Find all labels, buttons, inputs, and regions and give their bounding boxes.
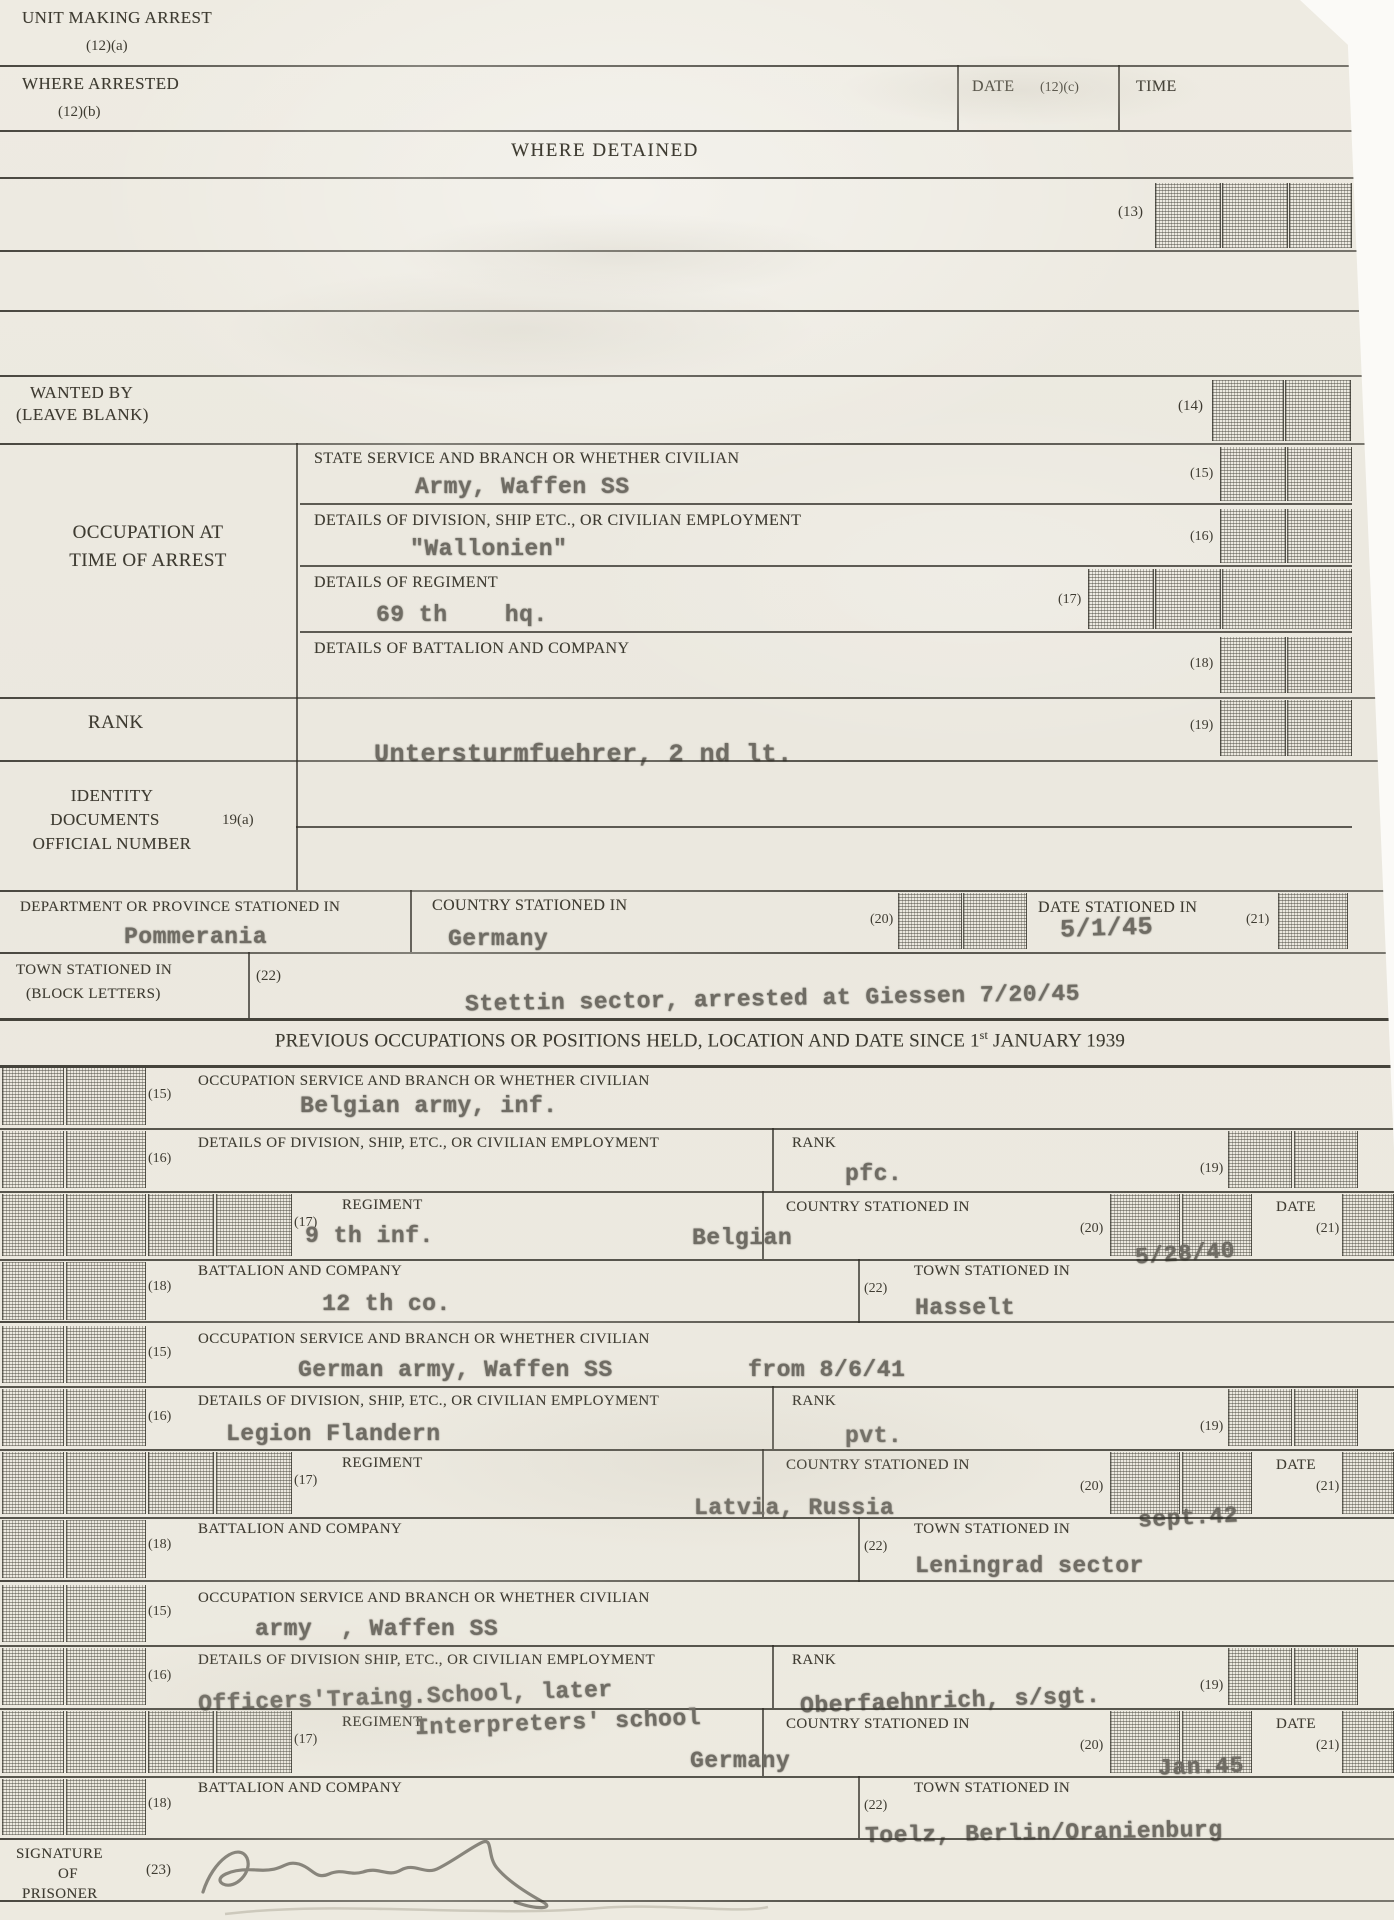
country-stationed-value: Belgian <box>692 1225 792 1251</box>
rank-value: Untersturmfuehrer, 2 nd lt. <box>374 740 793 769</box>
code-box <box>2 1389 64 1446</box>
rule <box>0 65 1394 67</box>
ref-15: (15) <box>148 1604 171 1620</box>
rule <box>0 697 1394 699</box>
code-box <box>2 1520 64 1578</box>
divider <box>772 1645 774 1708</box>
date-label: DATE <box>972 78 1014 96</box>
paper-edge-gap <box>1346 0 1394 1150</box>
signature-label: SIGNATURE <box>16 1846 103 1863</box>
previous-occupation-entry-3: (15) OCCUPATION SERVICE AND BRANCH OR WH… <box>0 1582 1394 1838</box>
code-box <box>2 1452 64 1514</box>
code-box <box>1287 509 1352 563</box>
rank-label: RANK <box>792 1652 836 1669</box>
scanned-arrest-form: UNIT MAKING ARREST (12)(a) WHERE ARRESTE… <box>0 0 1394 1920</box>
code-box <box>1220 509 1286 563</box>
code-box <box>1287 447 1352 501</box>
code-box <box>2 1585 64 1642</box>
date-label: DATE <box>1276 1716 1316 1733</box>
ref-16: (16) <box>148 1409 171 1425</box>
code-box <box>216 1452 292 1514</box>
ref-20: (20) <box>1080 1479 1103 1495</box>
department-value: Pommerania <box>124 924 267 950</box>
state-service-value: Army, Waffen SS <box>415 474 630 500</box>
division-label: DETAILS OF DIVISION, SHIP, ETC., OR CIVI… <box>198 1393 659 1410</box>
town-stationed-value: Stettin sector, arrested at Giessen 7/20… <box>465 981 1080 1018</box>
country-stationed-label: COUNTRY STATIONED IN <box>786 1199 970 1216</box>
divider <box>1118 65 1120 130</box>
code-box <box>2 1648 64 1705</box>
state-service-label: STATE SERVICE AND BRANCH OR WHETHER CIVI… <box>314 450 739 468</box>
code-box <box>1287 700 1352 756</box>
divider <box>858 1776 860 1838</box>
ref-19: (19) <box>1190 718 1213 734</box>
regiment-value: 69 th hq. <box>376 602 548 628</box>
ref-22: (22) <box>864 1281 887 1297</box>
ref-22: (22) <box>864 1798 887 1814</box>
occupation-service-value: army , Waffen SS <box>255 1616 498 1642</box>
regiment-label: REGIMENT <box>342 1714 423 1731</box>
ref-18: (18) <box>148 1279 171 1295</box>
rule <box>296 826 1352 828</box>
date-label: DATE <box>1276 1199 1316 1216</box>
division-value: "Wallonien" <box>410 536 567 562</box>
code-box <box>2 1326 64 1383</box>
ref-15: (15) <box>148 1087 171 1103</box>
rank-label: RANK <box>88 712 143 734</box>
ref-17: (17) <box>294 1473 317 1489</box>
ref-20: (20) <box>1080 1221 1103 1237</box>
previous-occupation-entry-2: (15) OCCUPATION SERVICE AND BRANCH OR WH… <box>0 1323 1394 1582</box>
divider <box>296 443 298 890</box>
ref-12a: (12)(a) <box>86 38 128 55</box>
rank-label: RANK <box>792 1135 836 1152</box>
ref-15: (15) <box>1190 466 1213 482</box>
code-box <box>1342 1194 1394 1256</box>
town-stationed-value: Leningrad sector <box>915 1553 1144 1579</box>
country-stationed-label: COUNTRY STATIONED IN <box>786 1716 970 1733</box>
ref-14: (14) <box>1178 398 1203 415</box>
ref-17: (17) <box>1058 592 1081 608</box>
country-stationed-value: Germany <box>690 1748 790 1774</box>
rank-value: pfc. <box>845 1161 902 1187</box>
date-label: DATE <box>1276 1457 1316 1474</box>
divider <box>410 890 412 952</box>
occupation-at-label: OCCUPATION AT <box>0 522 296 544</box>
rank-value: Oberfaehnrich, s/sgt. <box>800 1683 1101 1719</box>
rank-value: pvt. <box>845 1423 902 1449</box>
occupation-service-label: OCCUPATION SERVICE AND BRANCH OR WHETHER… <box>198 1331 650 1348</box>
code-box <box>2 1068 64 1125</box>
code-box <box>2 1779 64 1835</box>
code-box <box>66 1520 146 1578</box>
town-stationed-label: TOWN STATIONED IN <box>16 962 172 979</box>
code-box <box>2 1131 64 1188</box>
code-box <box>66 1648 146 1705</box>
ref-18: (18) <box>1190 656 1213 672</box>
code-box <box>1294 1389 1358 1446</box>
ref-21: (21) <box>1316 1221 1339 1237</box>
code-box <box>66 1131 146 1188</box>
rule <box>0 1449 1394 1451</box>
rank-label: RANK <box>792 1393 836 1410</box>
leave-blank-label: (LEAVE BLANK) <box>16 405 149 425</box>
code-box <box>2 1262 64 1320</box>
rule <box>0 1191 1394 1193</box>
ref-16: (16) <box>148 1668 171 1684</box>
town-stationed-value: Toelz, Berlin/Oranienburg <box>865 1817 1223 1849</box>
division-value: Legion Flandern <box>226 1421 441 1447</box>
pencil-marks <box>220 1898 780 1920</box>
code-box <box>66 1068 146 1125</box>
folded-corner <box>1300 0 1394 88</box>
code-box <box>216 1711 292 1773</box>
code-box <box>963 893 1027 949</box>
battalion-value: 12 th co. <box>322 1291 451 1317</box>
country-stationed-label: COUNTRY STATIONED IN <box>432 897 627 915</box>
code-box <box>1212 380 1284 441</box>
rule <box>0 177 1394 179</box>
battalion-label: BATTALION AND COMPANY <box>198 1263 402 1280</box>
ref-16: (16) <box>148 1151 171 1167</box>
ref-18: (18) <box>148 1537 171 1553</box>
code-box <box>1155 569 1221 629</box>
ref-22: (22) <box>864 1539 887 1555</box>
rule <box>0 952 1394 954</box>
battalion-label: DETAILS OF BATTALION AND COMPANY <box>314 640 629 658</box>
town-stationed-label: TOWN STATIONED IN <box>914 1780 1070 1797</box>
rule <box>0 130 1394 132</box>
previous-occupation-entry-1: (15) OCCUPATION SERVICE AND BRANCH OR WH… <box>0 1065 1394 1323</box>
rule <box>0 1386 1394 1388</box>
division-label: DETAILS OF DIVISION, SHIP ETC., OR CIVIL… <box>314 512 801 530</box>
code-box <box>1278 893 1348 949</box>
time-of-arrest-label: TIME OF ARREST <box>0 550 296 572</box>
heading-text: JANUARY 1939 <box>988 1030 1125 1051</box>
divider <box>858 1517 860 1582</box>
rule <box>300 503 1352 505</box>
code-box <box>148 1711 214 1773</box>
rule <box>300 631 1352 633</box>
occupation-service-label: OCCUPATION SERVICE AND BRANCH OR WHETHER… <box>198 1073 650 1090</box>
occupation-service-value: Belgian army, inf. <box>300 1093 557 1119</box>
divider <box>957 65 959 130</box>
code-box <box>1342 1711 1394 1773</box>
country-stationed-label: COUNTRY STATIONED IN <box>786 1457 970 1474</box>
battalion-label: BATTALION AND COMPANY <box>198 1521 402 1538</box>
regiment-value: 9 th inf. <box>305 1223 434 1249</box>
code-box <box>1285 380 1351 441</box>
code-box <box>1342 1452 1394 1514</box>
rule <box>0 443 1394 445</box>
rule <box>0 1128 1394 1130</box>
ref-21: (21) <box>1316 1479 1339 1495</box>
date-stationed-value: 5/1/45 <box>1060 912 1154 944</box>
identity-label: IDENTITY <box>0 786 224 806</box>
ref-21: (21) <box>1316 1738 1339 1754</box>
rule <box>0 1517 1394 1519</box>
rule <box>0 250 1394 252</box>
code-box <box>66 1452 146 1514</box>
wanted-by-label: WANTED BY <box>30 383 133 403</box>
code-box <box>1155 183 1221 248</box>
code-box <box>2 1711 64 1773</box>
code-box <box>66 1585 146 1642</box>
block-letters-label: (BLOCK LETTERS) <box>26 986 161 1003</box>
time-label: TIME <box>1136 78 1177 96</box>
rule <box>0 310 1394 312</box>
regiment-label: REGIMENT <box>342 1455 423 1472</box>
code-box <box>66 1711 146 1773</box>
code-box <box>1228 1648 1292 1705</box>
ref-20: (20) <box>1080 1738 1103 1754</box>
code-box <box>66 1326 146 1383</box>
rule <box>0 1259 1394 1261</box>
ref-17: (17) <box>294 1732 317 1748</box>
code-box <box>1222 569 1352 629</box>
regiment-label: DETAILS OF REGIMENT <box>314 574 498 592</box>
where-arrested-label: WHERE ARRESTED <box>22 74 179 94</box>
code-box <box>1287 637 1352 693</box>
unit-making-arrest-label: UNIT MAKING ARREST <box>22 8 212 28</box>
code-box <box>1088 569 1154 629</box>
code-box <box>1294 1131 1358 1188</box>
rule <box>300 565 1352 567</box>
ref-20: (20) <box>870 912 893 928</box>
code-box <box>148 1194 214 1256</box>
department-label: DEPARTMENT OR PROVINCE STATIONED IN <box>20 899 340 916</box>
code-box <box>148 1452 214 1514</box>
signature-label-of: OF <box>58 1866 78 1883</box>
code-box <box>1220 700 1286 756</box>
code-box <box>66 1779 146 1835</box>
rule <box>0 375 1394 377</box>
rule <box>0 890 1394 892</box>
division-label: DETAILS OF DIVISION, SHIP, ETC., OR CIVI… <box>198 1135 659 1152</box>
code-box <box>898 893 962 949</box>
divider <box>248 952 250 1018</box>
code-box <box>1220 447 1286 501</box>
code-box <box>66 1262 146 1320</box>
occupation-service-value-2: from 8/6/41 <box>748 1357 905 1383</box>
ref-19: (19) <box>1200 1419 1223 1435</box>
heading-text: PREVIOUS OCCUPATIONS OR POSITIONS HELD, … <box>275 1030 980 1051</box>
rule <box>0 1018 1394 1021</box>
ref-19: (19) <box>1200 1161 1223 1177</box>
official-number-label: OFFICIAL NUMBER <box>0 834 224 854</box>
code-box <box>1228 1389 1292 1446</box>
code-box <box>1110 1452 1180 1514</box>
divider <box>772 1386 774 1449</box>
ref-19: (19) <box>1200 1678 1223 1694</box>
where-detained-label: WHERE DETAINED <box>440 140 770 162</box>
division-label: DETAILS OF DIVISION SHIP, ETC., OR CIVIL… <box>198 1652 655 1669</box>
date-value: 5/28/40 <box>1134 1238 1236 1271</box>
ref-15: (15) <box>148 1345 171 1361</box>
code-box <box>216 1194 292 1256</box>
regiment-value: Interpreters' school <box>415 1705 702 1741</box>
country-stationed-value: Germany <box>448 926 548 952</box>
divider <box>858 1259 860 1323</box>
rule <box>0 760 1394 762</box>
code-box <box>2 1194 64 1256</box>
ref-21: (21) <box>1246 912 1269 928</box>
ref-12b: (12)(b) <box>58 104 100 121</box>
rule <box>0 1645 1394 1647</box>
regiment-label: REGIMENT <box>342 1197 423 1214</box>
code-box <box>1289 183 1352 248</box>
code-box <box>66 1194 146 1256</box>
code-box <box>1294 1648 1358 1705</box>
battalion-label: BATTALION AND COMPANY <box>198 1780 402 1797</box>
divider <box>772 1128 774 1191</box>
ref-22: (22) <box>256 968 281 985</box>
code-box <box>1228 1131 1292 1188</box>
documents-label: DOCUMENTS <box>0 810 210 830</box>
ref-12c: (12)(c) <box>1040 80 1079 96</box>
ref-19a: 19(a) <box>222 812 254 829</box>
code-box <box>66 1389 146 1446</box>
ref-23: (23) <box>146 1862 171 1879</box>
occupation-service-label: OCCUPATION SERVICE AND BRANCH OR WHETHER… <box>198 1590 650 1607</box>
rule <box>0 1776 1394 1778</box>
code-box <box>1222 183 1288 248</box>
town-stationed-label: TOWN STATIONED IN <box>914 1263 1070 1280</box>
ref-13: (13) <box>1118 204 1143 221</box>
previous-occupations-heading: PREVIOUS OCCUPATIONS OR POSITIONS HELD, … <box>80 1028 1320 1052</box>
town-stationed-value: Hasselt <box>915 1295 1015 1321</box>
code-box <box>1220 637 1286 693</box>
town-stationed-label: TOWN STATIONED IN <box>914 1521 1070 1538</box>
ref-18: (18) <box>148 1796 171 1812</box>
ref-16: (16) <box>1190 529 1213 545</box>
heading-superscript: st <box>980 1028 988 1042</box>
occupation-service-value: German army, Waffen SS <box>298 1357 613 1383</box>
